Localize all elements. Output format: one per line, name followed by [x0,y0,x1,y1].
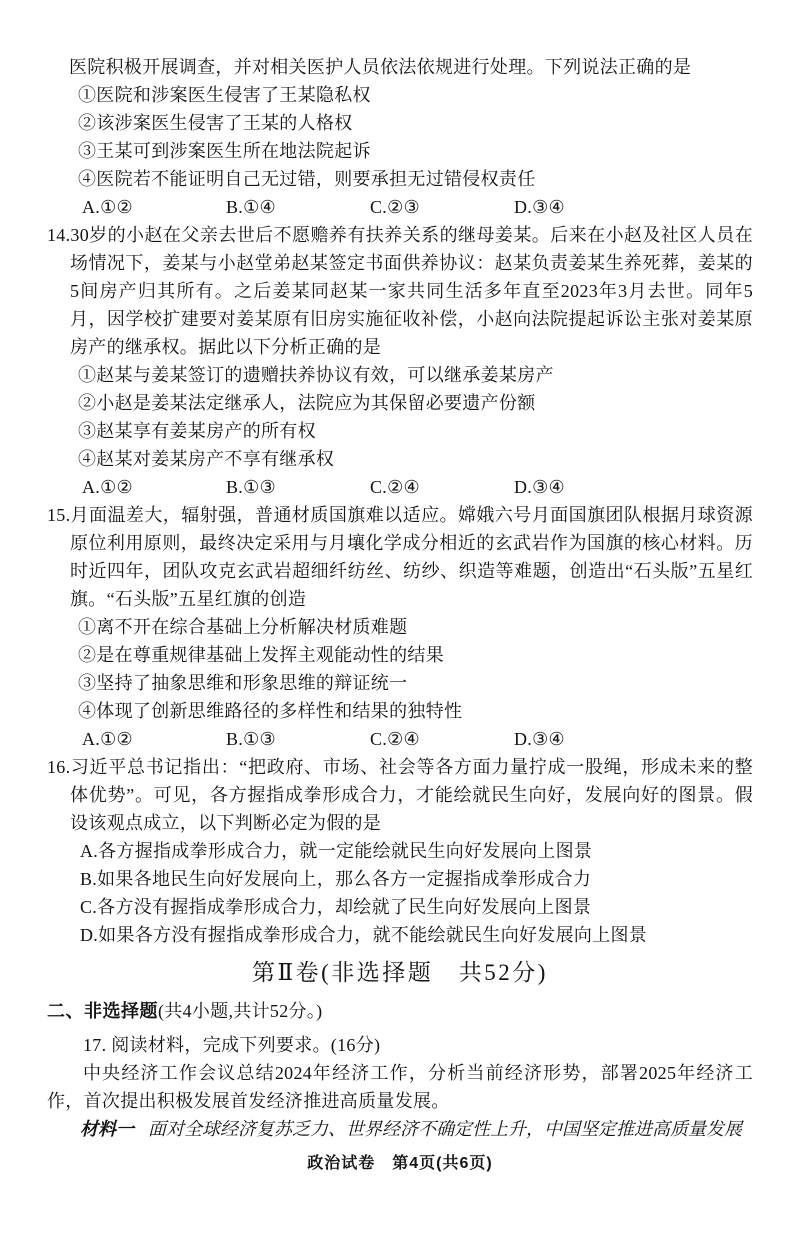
question-13-option-3: ③王某可到涉案医生所在地法院起诉 [78,137,753,165]
question-17-paragraph: 中央经济工作会议总结2024年经济工作，分析当前经济形势，部署2025年经济工作… [47,1059,753,1115]
question-15-number: 15. [47,505,70,525]
question-16-option-c: C.各方没有握指成拳形成合力，却绘就了民生向好发展向上图景 [80,893,753,921]
question-16-stem: 16.习近平总书记指出：“把政府、市场、社会等各方面力量拧成一股绳，形成未来的整… [47,753,753,837]
question-13-answer-row: A.①②B.①④C.②③D.③④ [82,193,753,221]
question-15-option-1: ①离不开在综合基础上分析解决材质难题 [78,613,753,641]
answer-choice-c: C.②④ [370,473,514,501]
question-15-text: 月面温差大，辐射强，普通材质国旗难以适应。嫦娥六号月面国旗团队根据月球资源原位利… [70,505,753,609]
answer-choice-b: B.①③ [226,725,370,753]
question-13-option-1: ①医院和涉案医生侵害了王某隐私权 [78,81,753,109]
question-13-option-2: ②该涉案医生侵害了王某的人格权 [78,109,753,137]
question-17-material-1: 材料一面对全球经济复苏乏力、世界经济不确定性上升，中国坚定推进高质量发展 [47,1115,753,1143]
answer-choice-c: C.②③ [370,193,514,221]
question-15-option-4: ④体现了创新思维路径的多样性和结果的独特性 [78,697,753,725]
question-15-option-2: ②是在尊重规律基础上发挥主观能动性的结果 [78,641,753,669]
material-1-label: 材料一 [80,1119,134,1139]
question-17-intro: 17. 阅读材料，完成下列要求。(16分) [83,1031,753,1059]
question-16-option-a: A.各方握指成拳形成合力，就一定能绘就民生向好发展向上图景 [80,837,753,865]
question-15-option-3: ③坚持了抽象思维和形象思维的辩证统一 [78,669,753,697]
answer-choice-b: B.①③ [226,473,370,501]
exam-page: 医院积极开展调查，并对相关医护人员依法依规进行处理。下列说法正确的是 ①医院和涉… [0,0,800,1242]
question-16-option-b: B.如果各地民生向好发展向上，那么各方一定握指成拳形成合力 [80,865,753,893]
question-14-option-4: ④赵某对姜某房产不享有继承权 [78,445,753,473]
question-15-answer-row: A.①②B.①③C.②④D.③④ [82,725,753,753]
answer-choice-d: D.③④ [514,193,565,221]
material-1-text: 面对全球经济复苏乏力、世界经济不确定性上升，中国坚定推进高质量发展 [148,1119,742,1139]
page-footer: 政治试卷 第4页(共6页) [47,1152,753,1176]
section-2-heading-detail: (共4小题,共计52分。) [158,1001,322,1021]
section-2-title: 第Ⅱ卷(非选择题 共52分) [47,955,753,991]
question-14-option-2: ②小赵是姜某法定继承人，法院应为其保留必要遗产份额 [78,389,753,417]
question-16-option-d: D.如果各方没有握指成拳形成合力，就不能绘就民生向好发展向上图景 [80,921,753,949]
answer-choice-a: A.①② [82,725,226,753]
question-16-text: 习近平总书记指出：“把政府、市场、社会等各方面力量拧成一股绳，形成未来的整体优势… [70,757,753,833]
section-2-heading: 二、非选择题(共4小题,共计52分。) [47,997,753,1025]
question-14-option-3: ③赵某享有姜某房产的所有权 [78,417,753,445]
question-13-stem-tail: 医院积极开展调查，并对相关医护人员依法依规进行处理。下列说法正确的是 [69,53,753,81]
question-14-text: 30岁的小赵在父亲去世后不愿赡养有扶养关系的继母姜某。后来在小赵及社区人员在场情… [70,225,753,357]
answer-choice-b: B.①④ [226,193,370,221]
page-content: 医院积极开展调查，并对相关医护人员依法依规进行处理。下列说法正确的是 ①医院和涉… [0,0,800,1176]
answer-choice-a: A.①② [82,473,226,501]
answer-choice-a: A.①② [82,193,226,221]
answer-choice-d: D.③④ [514,473,565,501]
question-14-number: 14. [47,225,70,245]
question-16-number: 16. [47,757,70,777]
answer-choice-c: C.②④ [370,725,514,753]
question-13-option-4: ④医院若不能证明自己无过错，则要承担无过错侵权责任 [78,165,753,193]
question-14-option-1: ①赵某与姜某签订的遗赠扶养协议有效，可以继承姜某房产 [78,361,753,389]
answer-choice-d: D.③④ [514,725,565,753]
question-15-stem: 15.月面温差大，辐射强，普通材质国旗难以适应。嫦娥六号月面国旗团队根据月球资源… [47,501,753,613]
section-2-heading-label: 二、非选择题 [47,1001,158,1021]
question-14-stem: 14.30岁的小赵在父亲去世后不愿赡养有扶养关系的继母姜某。后来在小赵及社区人员… [47,221,753,361]
question-14-answer-row: A.①②B.①③C.②④D.③④ [82,473,753,501]
